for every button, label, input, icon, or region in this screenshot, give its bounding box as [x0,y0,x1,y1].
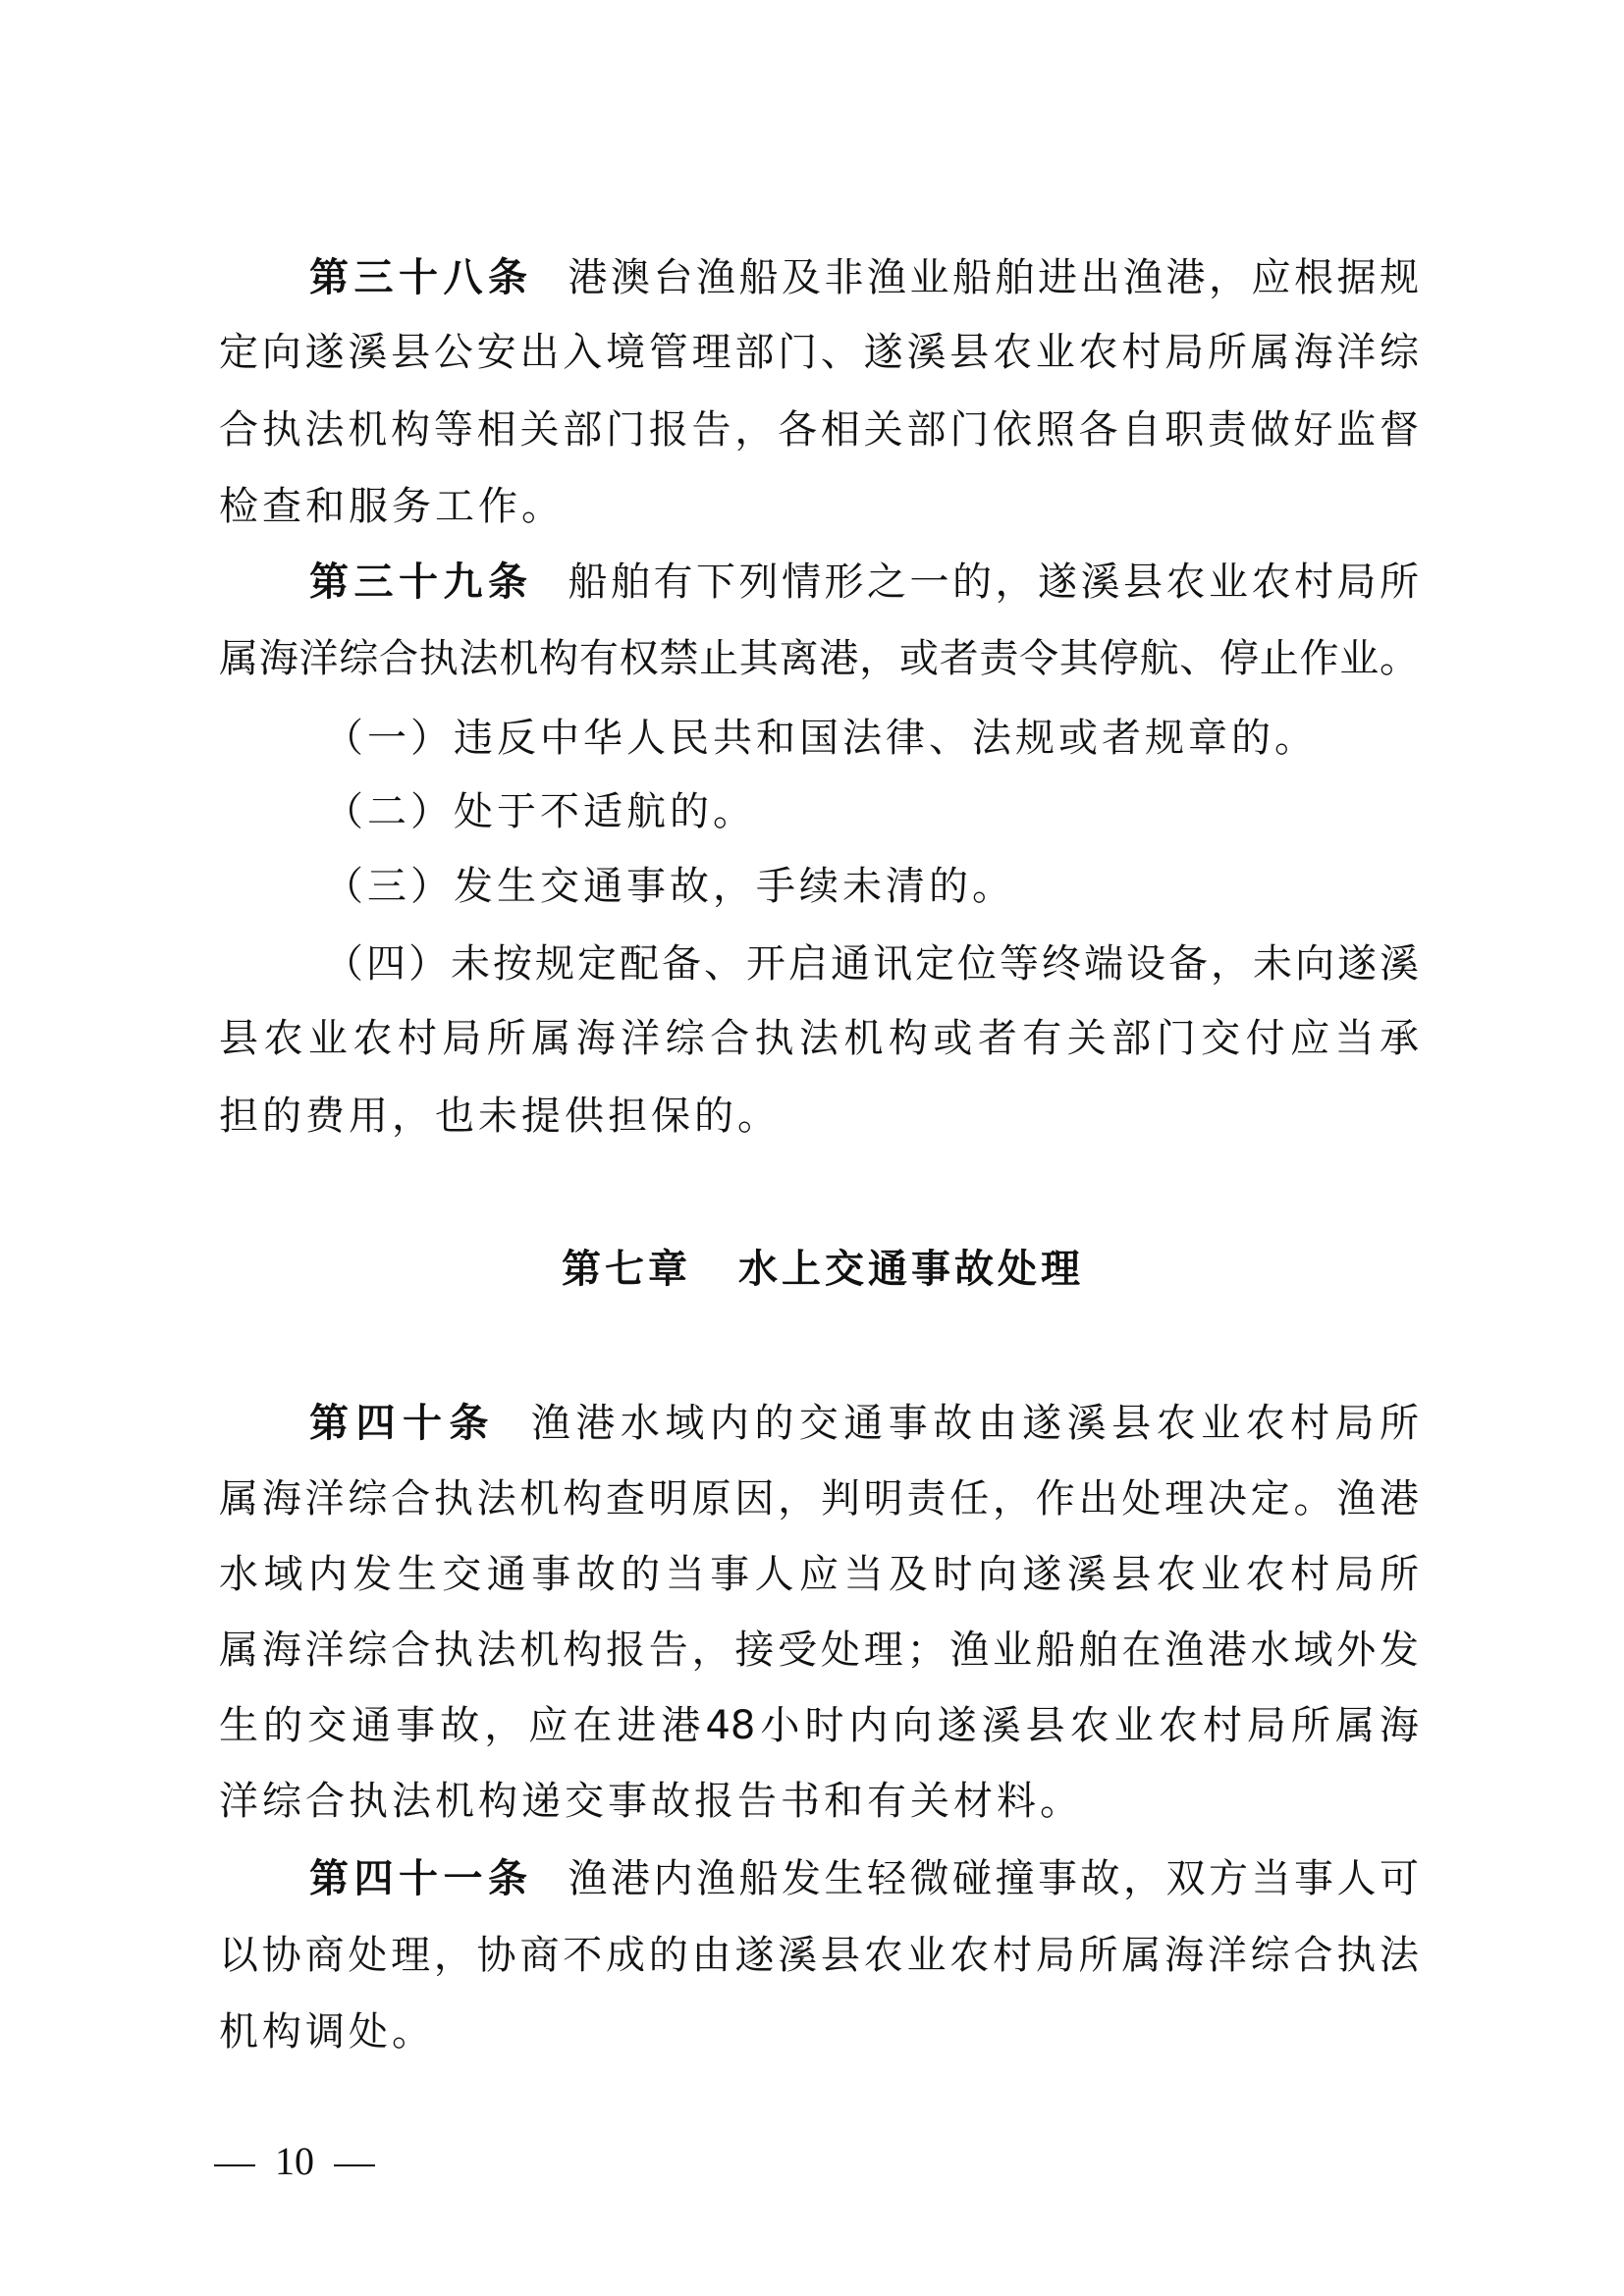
page-number: 10 [214,2138,375,2185]
article-39-item-1: （一）违反中华人民共和国法律、法规或者规章的。 [324,709,1419,768]
article-40-line-1: 第四十条渔港水域内的交通事故由遂溪县农业农村局所 [309,1394,1419,1453]
document-page: 第三十八条港澳台渔船及非渔业船舶进出渔港，应根据规 定向遂溪县公安出入境管理部门… [0,0,1624,2296]
article-40-line-2: 属海洋综合执法机构查明原因，判明责任，作出处理决定。渔港 [219,1469,1419,1528]
article-38-line-3: 合执法机构等相关部门报告，各相关部门依照各自职责做好监督 [219,400,1419,459]
article-38-line-4: 检查和服务工作。 [219,477,1419,536]
article-39-label: 第三十九条 [309,560,533,605]
article-39-line-1: 第三十九条船舶有下列情形之一的，遂溪县农业农村局所 [309,553,1419,612]
article-39-item-4-line-2: 县农业农村局所属海洋综合执法机构或者有关部门交付应当承 [219,1009,1419,1068]
article-38-line-2: 定向遂溪县公安出入境管理部门、遂溪县农业农村局所属海洋综 [219,323,1419,382]
article-text: 船舶有下列情形之一的，遂溪县农业农村局所 [568,560,1420,605]
article-40-line-6: 洋综合执法机构递交事故报告书和有关材料。 [219,1772,1419,1831]
article-text: 渔港内渔船发生轻微碰撞事故，双方当事人可 [568,1856,1420,1901]
article-39-line-2: 属海洋综合执法机构有权禁止其离港，或者责令其停航、停止作业。 [219,629,1419,688]
article-38-label: 第三十八条 [309,255,533,300]
article-39-item-4-line-3: 担的费用，也未提供担保的。 [219,1087,1419,1146]
chapter-heading: 第七章水上交通事故处理 [562,1240,1084,1299]
article-39-item-4-line-1: （四）未按规定配备、开启通讯定位等终端设备，未向遂溪 [324,934,1419,993]
article-41-line-3: 机构调处。 [219,2002,1419,2061]
article-41-label: 第四十一条 [309,1856,533,1901]
page-number-value: 10 [275,2138,314,2185]
article-text: 港澳台渔船及非渔业船舶进出渔港，应根据规 [568,255,1420,300]
article-38-line-1: 第三十八条港澳台渔船及非渔业船舶进出渔港，应根据规 [309,248,1419,307]
article-text: 渔港水域内的交通事故由遂溪县农业农村局所 [531,1401,1419,1446]
chapter-number: 第七章 [562,1247,691,1292]
article-40-line-4: 属海洋综合执法机构报告，接受处理；渔业船舶在渔港水域外发 [219,1621,1419,1680]
article-40-line-3: 水域内发生交通事故的当事人应当及时向遂溪县农业农村局所 [219,1545,1419,1604]
dash-left [214,2164,255,2166]
article-41-line-2: 以协商处理，协商不成的由遂溪县农业农村局所属海洋综合执法 [219,1926,1419,1985]
article-41-line-1: 第四十一条渔港内渔船发生轻微碰撞事故，双方当事人可 [309,1849,1419,1908]
article-40-label: 第四十条 [309,1401,496,1446]
article-39-item-3: （三）发生交通事故，手续未清的。 [324,857,1419,916]
article-40-line-5: 生的交通事故，应在进港48小时内向遂溪县农业农村局所属海 [219,1696,1419,1755]
article-39-item-2: （二）处于不适航的。 [324,782,1419,841]
chapter-title: 水上交通事故处理 [738,1247,1084,1292]
dash-right [334,2164,375,2166]
